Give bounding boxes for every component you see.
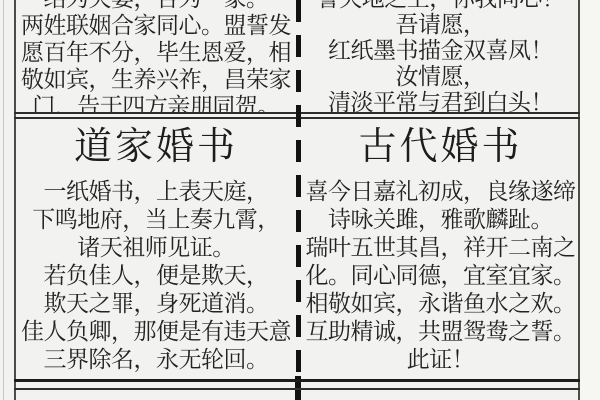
taoist-letter-section: 道家婚书 一纸婚书，上表天庭， 下鸣地府，当上奏九霄， 诸天祖师见证。 若负佳人… bbox=[16, 120, 296, 379]
taoist-line: 三界除名，永无轮回。 bbox=[16, 346, 296, 374]
ancient-line: 此证！ bbox=[303, 346, 578, 374]
vow-line: 两姓联姻合家同心。盟誓发 bbox=[16, 12, 296, 39]
pledge-line-clipped: 誓天地之上，你我同心！ bbox=[303, 0, 578, 12]
right-gutter bbox=[580, 0, 600, 400]
ancient-line: 相敬如宾，永谐鱼水之欢。 bbox=[303, 290, 578, 318]
taoist-line: 欺天之罪，身死道消。 bbox=[16, 290, 296, 318]
ancient-line: 喜今日嘉礼初成，良缘遂缔 bbox=[303, 178, 578, 206]
taoist-line: 若负佳人，便是欺天， bbox=[16, 262, 296, 290]
ancient-line: 互助精诚，共盟鸳鸯之誓。 bbox=[303, 318, 578, 346]
modern-vow-section: 结为夫妻，合为一家。 两姓联姻合家同心。盟誓发 愿百年不分，毕生恩爱，相 敬如宾… bbox=[16, 0, 296, 112]
pledge-line: 清淡平常与君到白头！ bbox=[303, 90, 578, 112]
ancient-letter-section: 古代婚书 喜今日嘉礼初成，良缘遂缔 诗咏关雎，雅歌麟趾。 瑞叶五世其昌，祥开二南… bbox=[303, 120, 578, 379]
ancient-letter-title: 古代婚书 bbox=[303, 124, 578, 170]
outer-right-border bbox=[578, 0, 580, 400]
vow-line: 愿百年不分，毕生恩爱，相 bbox=[16, 39, 296, 66]
vow-line-clipped: 结为夫妻，合为一家。 bbox=[16, 0, 296, 12]
ancient-line: 诗咏关雎，雅歌麟趾。 bbox=[303, 206, 578, 234]
vow-line: 敬如宾，生养兴祚，昌荣家 bbox=[16, 66, 296, 93]
vow-line: 门，告于四方亲朋同贺。 bbox=[16, 93, 296, 112]
ancient-line: 瑞叶五世其昌，祥开二南之 bbox=[303, 234, 578, 262]
taoist-line: 下鸣地府，当上奏九霄， bbox=[16, 206, 296, 234]
taoist-line: 诸天祖师见证。 bbox=[16, 234, 296, 262]
taoist-line: 一纸婚书，上表天庭， bbox=[16, 178, 296, 206]
ancient-line: 化。同心同德，宜室宜家。 bbox=[303, 262, 578, 290]
center-dashed-divider bbox=[296, 0, 301, 379]
pledge-line: 红纸墨书描金双喜凤！ bbox=[303, 38, 578, 64]
row-divider-bottom-a bbox=[14, 379, 580, 382]
taoist-line: 佳人负卿，那便是有违天意 bbox=[16, 318, 296, 346]
pledge-line: 汝情愿， bbox=[303, 64, 578, 90]
pledge-line: 吾请愿， bbox=[303, 12, 578, 38]
pledge-section: 誓天地之上，你我同心！ 吾请愿， 红纸墨书描金双喜凤！ 汝情愿， 清淡平常与君到… bbox=[303, 0, 578, 112]
row-divider-bottom-b bbox=[14, 388, 580, 390]
photo-edge-line bbox=[3, 0, 4, 400]
marriage-letters-document: 结为夫妻，合为一家。 两姓联姻合家同心。盟誓发 愿百年不分，毕生恩爱，相 敬如宾… bbox=[0, 0, 600, 400]
taoist-letter-title: 道家婚书 bbox=[16, 124, 296, 170]
